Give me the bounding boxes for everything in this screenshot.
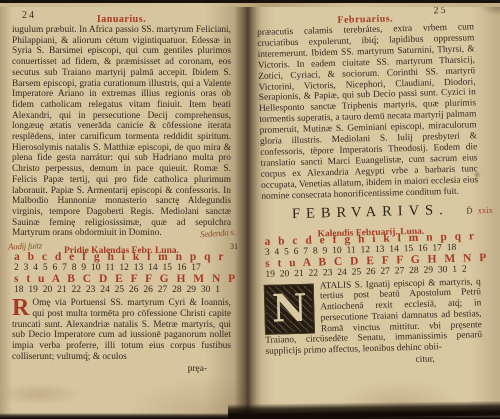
left-calendar-numbers-row2: 18 19 20 21 22 23 24 25 26 26 27 28 29 3… bbox=[12, 285, 231, 296]
right-body-paragraph: præacutis calamis terebrátes, extra vrbe… bbox=[257, 22, 478, 202]
right-second-paragraph: N ATALIS S. Ignatij episcopi & martyris,… bbox=[264, 277, 483, 358]
left-page: 24 Ianuarius. iugulum præbuit. In Africa… bbox=[0, 5, 247, 419]
left-page-header: 24 Ianuarius. bbox=[12, 9, 231, 22]
page-edges-top bbox=[0, 3, 500, 7]
drop-cap-initial-r: R bbox=[12, 298, 32, 318]
woodcut-initial-n: N bbox=[264, 283, 315, 334]
left-catchword: pręa- bbox=[12, 364, 231, 374]
initial-letter-n: N bbox=[264, 283, 315, 334]
left-body-paragraph: iugulum præbuit. In Africa passio SS. ma… bbox=[12, 25, 231, 239]
handwritten-marginalia-line: Audij fuitz bbox=[8, 240, 42, 251]
margin-note-dominical: D̄ bbox=[466, 205, 472, 215]
margin-note-31: 31 bbox=[230, 242, 238, 251]
left-second-paragraph-text: Omę via Portuensi SS. martyrum Cyri & Io… bbox=[12, 298, 231, 362]
margin-note-d-xxix: D̄ xxix bbox=[466, 204, 493, 215]
left-page-number: 24 bbox=[22, 10, 36, 21]
margin-note-xxix: xxix bbox=[478, 204, 493, 214]
left-running-title: Ianuarius. bbox=[97, 14, 146, 25]
right-page: Februarius. 25 præacutis calamis terebrá… bbox=[247, 5, 500, 419]
open-book-photo: 24 Ianuarius. iugulum præbuit. In Africa… bbox=[0, 0, 500, 419]
left-second-paragraph: ROmę via Portuensi SS. martyrum Cyri & I… bbox=[12, 298, 231, 363]
left-calendar-letters-row2: s t u A B C D E F F G H M N P bbox=[12, 274, 231, 285]
rubric-pridie-kalendas: Pridie Kalendas Febr. Luna. bbox=[64, 246, 179, 256]
rubric-kalendis-februarij: Kalendis Februarij. Luna. bbox=[317, 226, 424, 239]
right-running-title: Februarius. bbox=[337, 13, 393, 25]
left-rubric-row: Sedenda s. Audij fuitz Pridie Kalendas F… bbox=[12, 240, 231, 252]
